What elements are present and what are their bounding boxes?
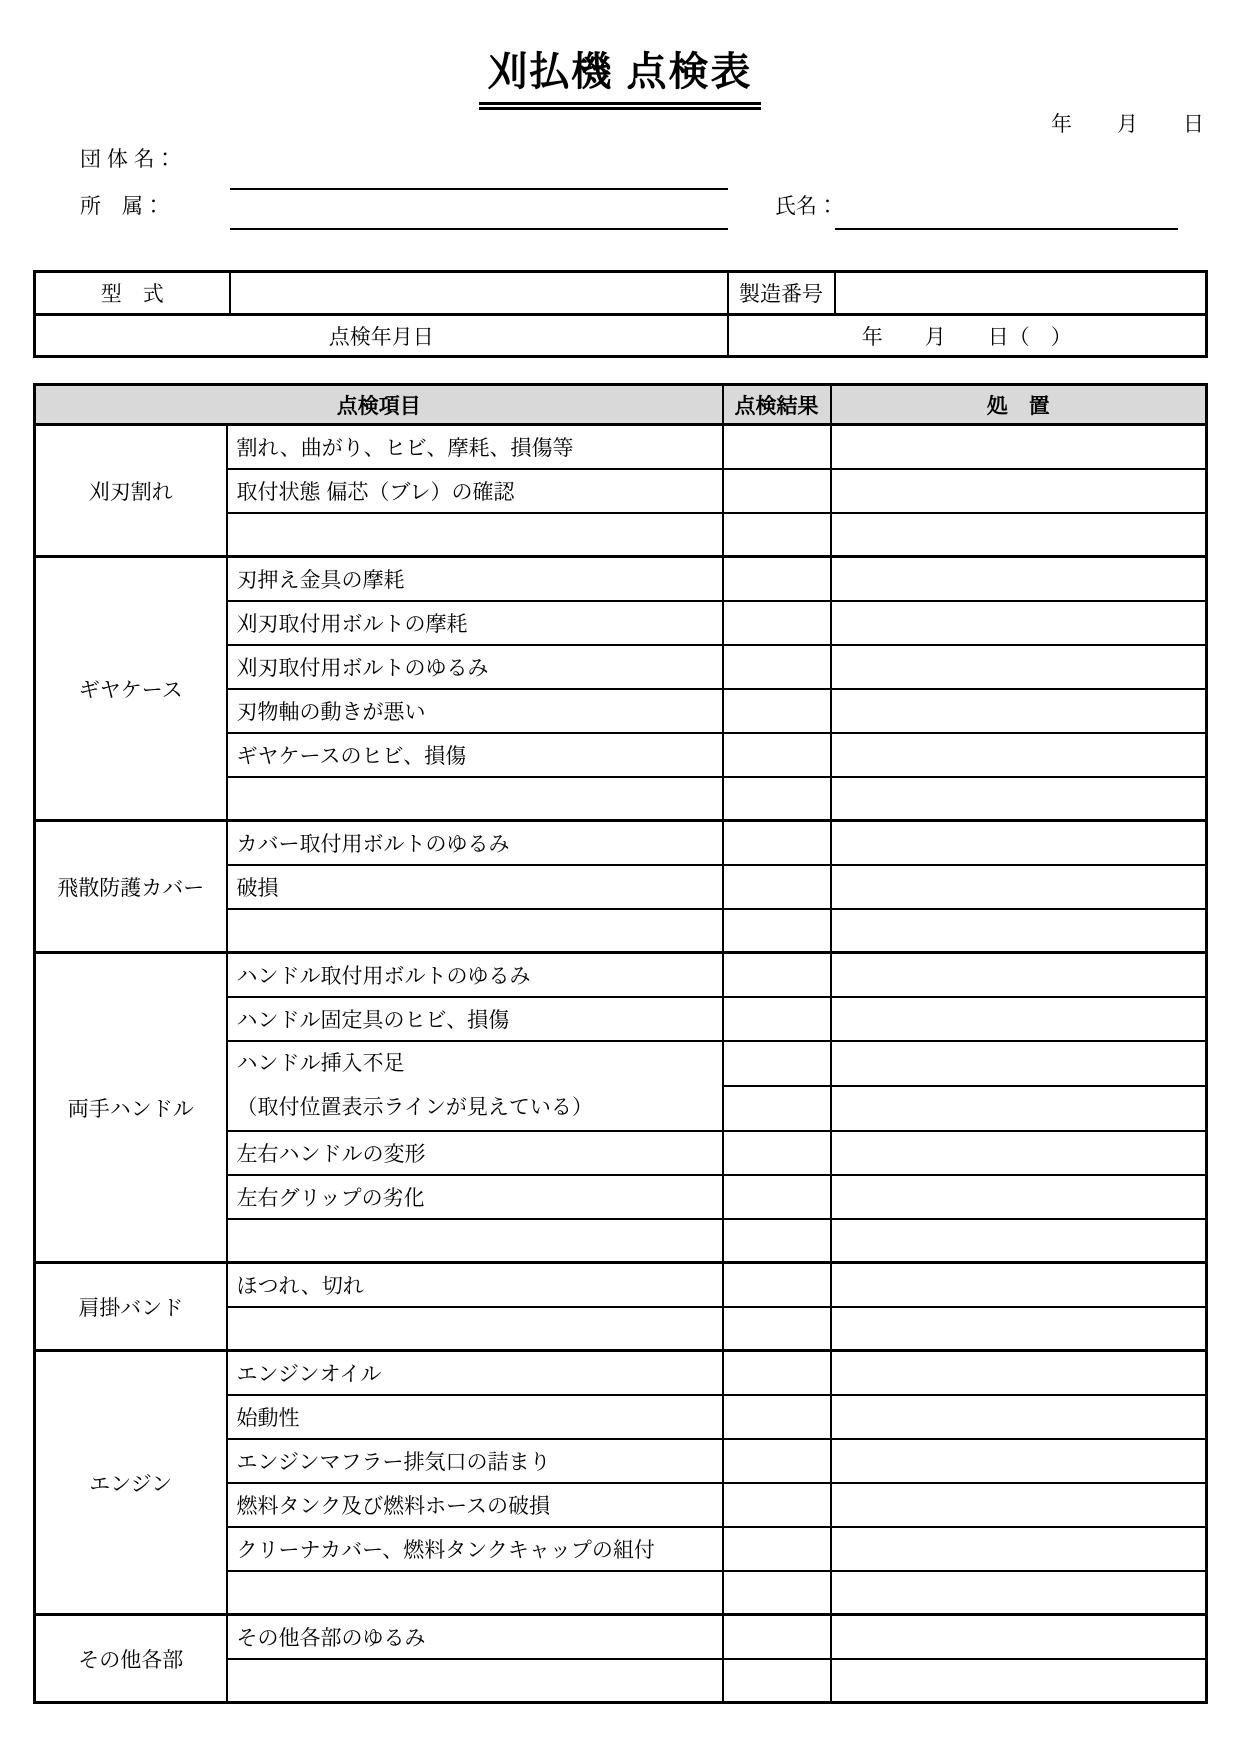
item-cell-blank (227, 777, 723, 821)
model-label: 型 式 (35, 272, 230, 315)
result-cell[interactable] (723, 1395, 831, 1439)
action-cell[interactable] (831, 1571, 1207, 1615)
result-cell[interactable] (723, 777, 831, 821)
item-line-2: （取付位置表示ラインが見えている） (237, 1086, 722, 1130)
item-cell: ハンドル取付用ボルトのゆるみ (227, 953, 723, 997)
action-cell[interactable] (831, 601, 1207, 645)
category-cell: 肩掛バンド (35, 1263, 227, 1351)
category-cell: 両手ハンドル (35, 953, 227, 1263)
result-cell[interactable] (723, 1131, 831, 1175)
item-cell: カバー取付用ボルトのゆるみ (227, 821, 723, 865)
category-cell: その他各部 (35, 1615, 227, 1703)
result-cell[interactable] (723, 909, 831, 953)
action-cell[interactable] (831, 557, 1207, 601)
item-cell: エンジンマフラー排気口の詰まり (227, 1439, 723, 1483)
action-cell[interactable] (831, 865, 1207, 909)
action-cell[interactable] (831, 1263, 1207, 1307)
result-cell[interactable] (723, 1041, 831, 1086)
date-blank-label: 年 月 日 (1051, 108, 1205, 138)
item-cell: 取付状態 偏芯（ブレ）の確認 (227, 469, 723, 513)
action-cell[interactable] (831, 1131, 1207, 1175)
result-cell[interactable] (723, 1571, 831, 1615)
result-cell[interactable] (723, 557, 831, 601)
result-cell[interactable] (723, 469, 831, 513)
action-cell[interactable] (831, 645, 1207, 689)
item-cell: その他各部のゆるみ (227, 1615, 723, 1659)
item-cell: ハンドル挿入不足（取付位置表示ラインが見えている） (227, 1041, 723, 1131)
action-cell[interactable] (831, 1086, 1207, 1131)
inspection-sheet-page: { "title": "刈払機 点検表", "header": { "date_… (0, 0, 1240, 1754)
action-cell[interactable] (831, 425, 1207, 469)
item-cell: 刈刃取付用ボルトのゆるみ (227, 645, 723, 689)
action-cell[interactable] (831, 821, 1207, 865)
result-cell[interactable] (723, 513, 831, 557)
result-cell[interactable] (723, 1351, 831, 1395)
result-cell[interactable] (723, 1307, 831, 1351)
action-cell[interactable] (831, 1351, 1207, 1395)
item-cell-blank (227, 513, 723, 557)
result-cell[interactable] (723, 1615, 831, 1659)
result-cell[interactable] (723, 1439, 831, 1483)
item-cell: ギヤケースのヒビ、損傷 (227, 733, 723, 777)
item-cell-blank (227, 1307, 723, 1351)
item-cell: 刈刃取付用ボルトの摩耗 (227, 601, 723, 645)
item-cell-blank (227, 1219, 723, 1263)
action-cell[interactable] (831, 733, 1207, 777)
result-cell[interactable] (723, 1175, 831, 1219)
item-cell: ハンドル固定具のヒビ、損傷 (227, 997, 723, 1041)
model-value-cell[interactable] (230, 272, 728, 315)
item-cell: 割れ、曲がり、ヒビ、摩耗、損傷等 (227, 425, 723, 469)
item-cell: 破損 (227, 865, 723, 909)
checklist-table: 点検項目 点検結果 処 置 刈刃割れ割れ、曲がり、ヒビ、摩耗、損傷等取付状態 偏… (33, 383, 1208, 1704)
machine-info-table: 型 式 製造番号 点検年月日 年 月 日（ ） (33, 270, 1208, 358)
result-cell[interactable] (723, 425, 831, 469)
category-cell: 刈刃割れ (35, 425, 227, 557)
category-cell: ギヤケース (35, 557, 227, 821)
action-cell[interactable] (831, 777, 1207, 821)
item-cell: 刃押え金具の摩耗 (227, 557, 723, 601)
action-cell[interactable] (831, 1395, 1207, 1439)
item-cell: 左右グリップの劣化 (227, 1175, 723, 1219)
result-cell[interactable] (723, 645, 831, 689)
inspection-date-blank-cell[interactable]: 年 月 日（ ） (728, 315, 1207, 357)
item-cell-blank (227, 1571, 723, 1615)
result-cell[interactable] (723, 733, 831, 777)
item-cell: 始動性 (227, 1395, 723, 1439)
serial-value-cell[interactable] (835, 272, 1207, 315)
name-label: 氏名： (775, 190, 838, 220)
result-cell[interactable] (723, 1219, 831, 1263)
action-cell[interactable] (831, 1041, 1207, 1086)
result-cell[interactable] (723, 953, 831, 997)
action-cell[interactable] (831, 1439, 1207, 1483)
result-cell[interactable] (723, 1659, 831, 1703)
action-cell[interactable] (831, 953, 1207, 997)
category-cell: 飛散防護カバー (35, 821, 227, 953)
column-header-item: 点検項目 (35, 385, 723, 425)
item-cell: 刃物軸の動きが悪い (227, 689, 723, 733)
serial-label: 製造番号 (728, 272, 835, 315)
action-cell[interactable] (831, 1307, 1207, 1351)
result-cell[interactable] (723, 821, 831, 865)
item-cell: 燃料タンク及び燃料ホースの破損 (227, 1483, 723, 1527)
result-cell[interactable] (723, 1263, 831, 1307)
column-header-result: 点検結果 (723, 385, 831, 425)
page-title: 刈払機 点検表 (479, 40, 760, 110)
organization-fill-line[interactable] (230, 156, 728, 190)
result-cell[interactable] (723, 601, 831, 645)
action-cell[interactable] (831, 997, 1207, 1041)
item-cell: ほつれ、切れ (227, 1263, 723, 1307)
action-cell[interactable] (831, 1527, 1207, 1571)
department-label: 所 属： (80, 190, 164, 220)
item-cell-blank (227, 1659, 723, 1703)
item-line-1: ハンドル挿入不足 (237, 1042, 722, 1086)
inspection-date-label: 点検年月日 (35, 315, 728, 357)
item-cell: クリーナカバー、燃料タンクキャップの組付 (227, 1527, 723, 1571)
item-cell: エンジンオイル (227, 1351, 723, 1395)
category-cell: エンジン (35, 1351, 227, 1615)
action-cell[interactable] (831, 1175, 1207, 1219)
action-cell[interactable] (831, 1615, 1207, 1659)
organization-label: 団 体 名： (80, 143, 176, 173)
action-cell[interactable] (831, 909, 1207, 953)
result-cell[interactable] (723, 997, 831, 1041)
action-cell[interactable] (831, 469, 1207, 513)
action-cell[interactable] (831, 1659, 1207, 1703)
result-cell[interactable] (723, 1483, 831, 1527)
checklist-body: 刈刃割れ割れ、曲がり、ヒビ、摩耗、損傷等取付状態 偏芯（ブレ）の確認ギヤケース刃… (35, 425, 1207, 1703)
item-cell-blank (227, 909, 723, 953)
action-cell[interactable] (831, 689, 1207, 733)
title-wrap: 刈払機 点検表 (0, 40, 1240, 110)
result-cell[interactable] (723, 689, 831, 733)
name-fill-line[interactable] (835, 196, 1178, 230)
action-cell[interactable] (831, 513, 1207, 557)
result-cell[interactable] (723, 865, 831, 909)
column-header-action: 処 置 (831, 385, 1207, 425)
action-cell[interactable] (831, 1219, 1207, 1263)
department-fill-line[interactable] (230, 196, 728, 230)
result-cell[interactable] (723, 1527, 831, 1571)
action-cell[interactable] (831, 1483, 1207, 1527)
item-cell: 左右ハンドルの変形 (227, 1131, 723, 1175)
result-cell[interactable] (723, 1086, 831, 1131)
